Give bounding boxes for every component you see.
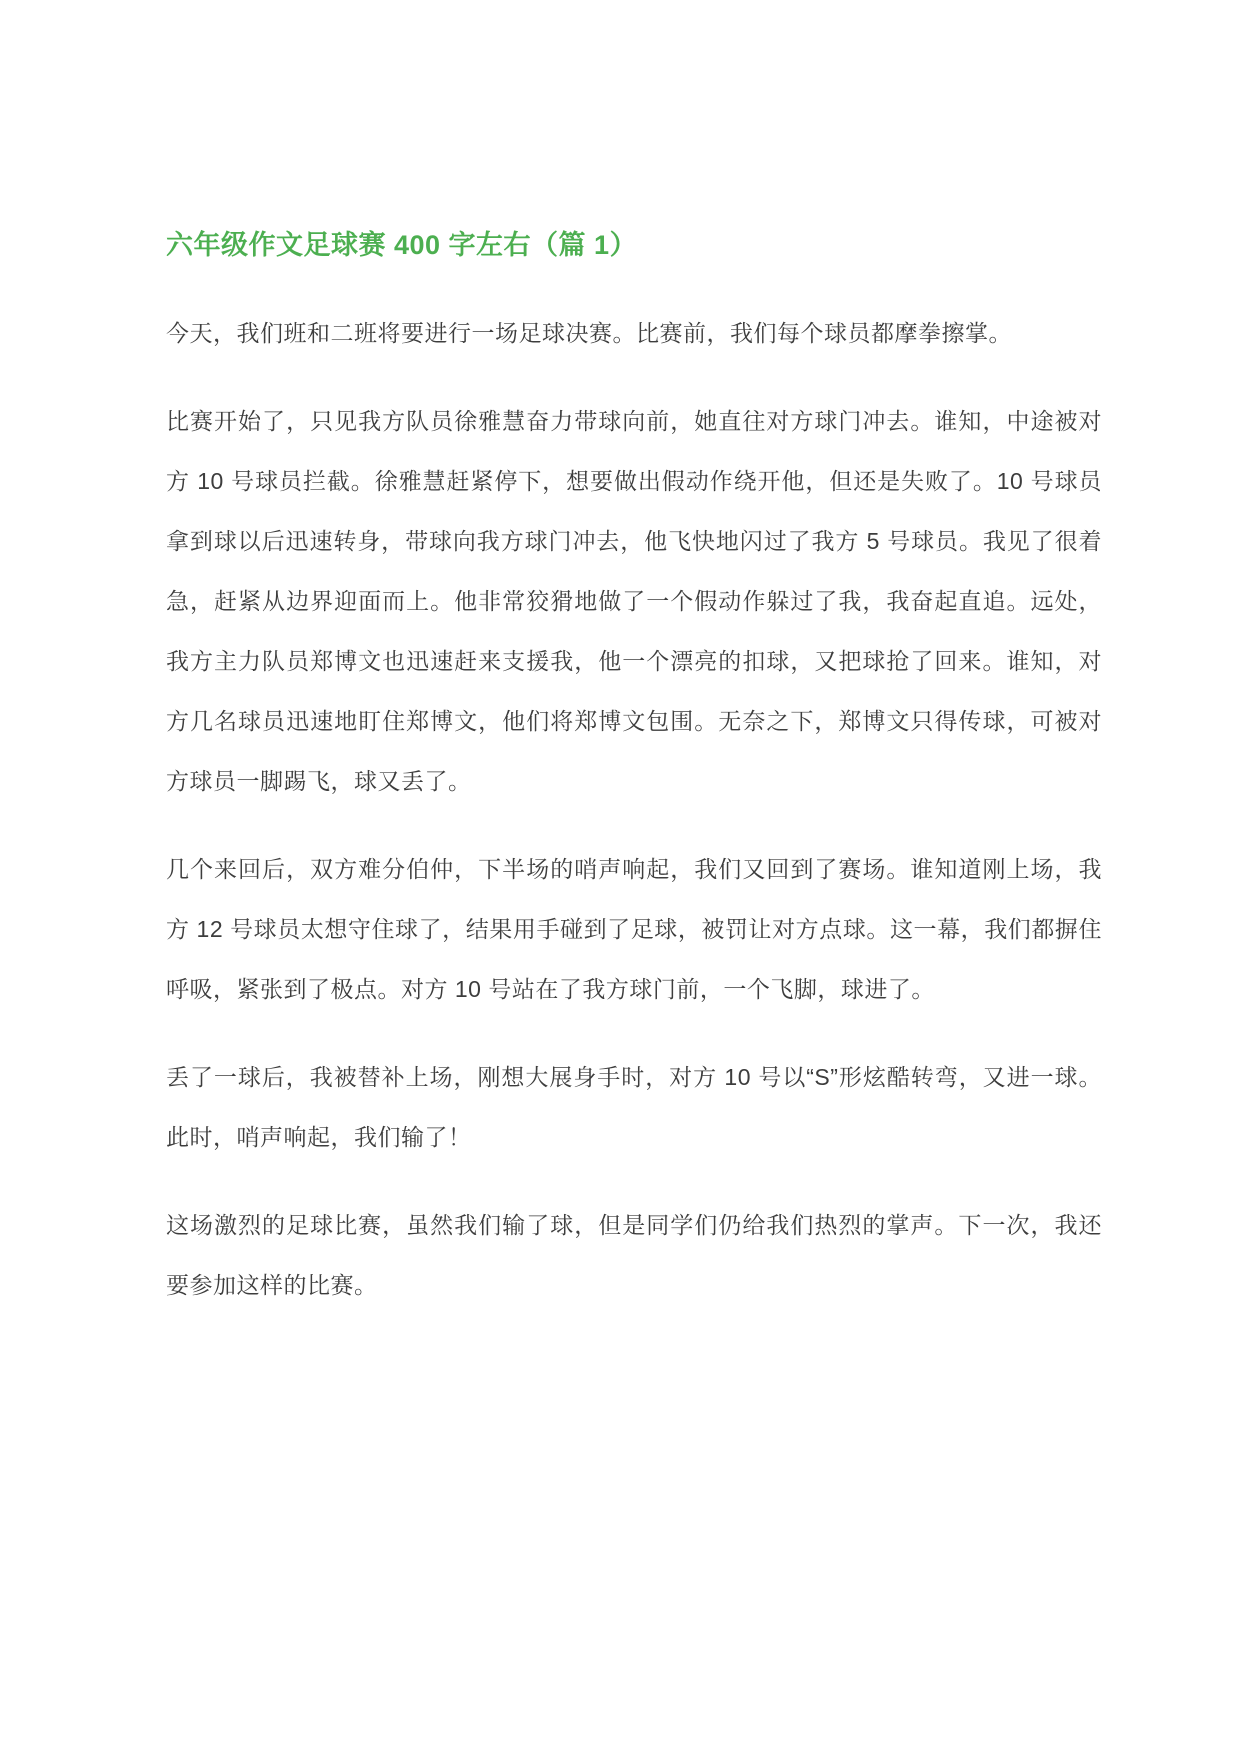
document-page: 六年级作文足球赛 400 字左右（篇 1） 今天，我们班和二班将要进行一场足球决… (0, 0, 1240, 1753)
essay-paragraph-5: 这场激烈的足球比赛，虽然我们输了球，但是同学们仍给我们热烈的掌声。下一次，我还要… (166, 1195, 1102, 1315)
essay-paragraph-1: 今天，我们班和二班将要进行一场足球决赛。比赛前，我们每个球员都摩拳擦掌。 (166, 303, 1102, 363)
essay-content: 六年级作文足球赛 400 字左右（篇 1） 今天，我们班和二班将要进行一场足球决… (0, 0, 1240, 1415)
essay-paragraph-4: 丢了一球后，我被替补上场，刚想大展身手时，对方 10 号以“S”形炫酷转弯，又进… (166, 1047, 1102, 1167)
essay-title: 六年级作文足球赛 400 字左右（篇 1） (166, 228, 1102, 263)
essay-paragraph-3: 几个来回后，双方难分伯仲，下半场的哨声响起，我们又回到了赛场。谁知道刚上场，我方… (166, 839, 1102, 1019)
essay-paragraph-2: 比赛开始了，只见我方队员徐雅慧奋力带球向前，她直往对方球门冲去。谁知，中途被对方… (166, 391, 1102, 811)
